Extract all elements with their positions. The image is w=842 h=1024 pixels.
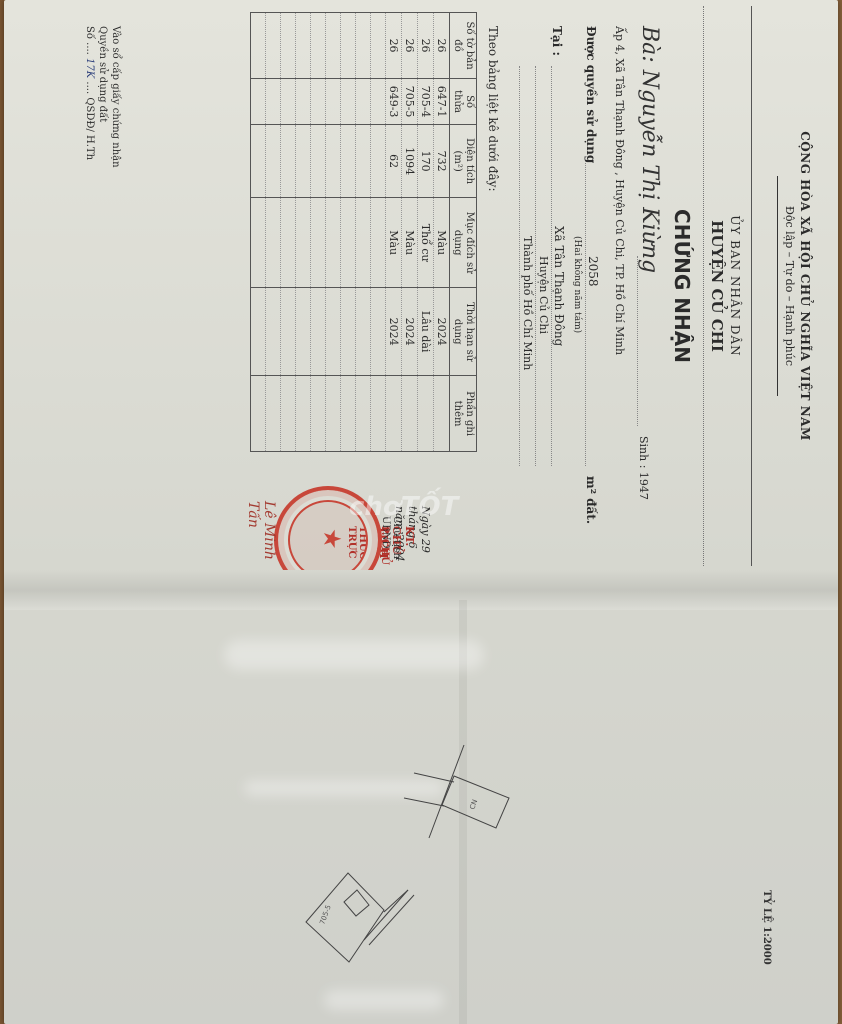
table-row-empty — [266, 13, 281, 452]
table-row-empty — [341, 13, 356, 452]
cell: 62 — [386, 125, 402, 198]
svg-text:705-5: 705-5 — [318, 904, 332, 926]
map-scale: TỶ LỆ 1:2000 — [758, 890, 778, 970]
rotated-content: CỘNG HÒA XÃ HỘI CHỦ NGHĨA VIỆT NAM Độc l… — [4, 6, 822, 566]
location-city: Thành phố Hồ Chí Minh — [521, 236, 534, 370]
plastic-glare — [224, 640, 484, 670]
cell: 649-3 — [386, 79, 402, 125]
cell: 705-5 — [402, 79, 418, 125]
registration-number: 17K — [84, 58, 95, 78]
header-divider — [751, 6, 752, 566]
cell: Màu — [434, 198, 450, 288]
col-map-sheet: Số tờ bản đồ — [450, 13, 477, 79]
table-row-empty — [371, 13, 386, 452]
usage-label: Được quyền sử dụng — [584, 26, 598, 163]
col-parcel-no: Số thửa — [450, 79, 477, 125]
parcel-sketch-map: CN 705-5 — [304, 740, 524, 980]
table-row-empty — [296, 13, 311, 452]
registration-line1: Vào sổ cấp giấy chứng nhận — [109, 26, 122, 168]
cell — [434, 376, 450, 452]
table-row-empty — [356, 13, 371, 452]
table-row: 26 649-3 62 Màu 2024 — [386, 13, 402, 452]
table-intro: Theo bảng liệt kê dưới đây: — [486, 26, 500, 191]
registration-prefix: Số — [84, 26, 95, 39]
dotted-line — [637, 256, 638, 426]
table-row: 26 705-5 1094 Màu 2024 — [402, 13, 418, 452]
col-area: Diện tích (m²) — [450, 125, 477, 198]
table-row-empty — [311, 13, 326, 452]
cell: Màu — [386, 198, 402, 288]
area-value: 2058 — [586, 256, 600, 287]
cell — [418, 376, 434, 452]
dotted-line — [585, 156, 586, 466]
land-use-certificate: CỘNG HÒA XÃ HỘI CHỦ NGHĨA VIỆT NAM Độc l… — [4, 0, 838, 1024]
dotted-line — [535, 66, 536, 466]
svg-text:CN: CN — [468, 798, 479, 810]
parcel-table: Số tờ bản đồ Số thửa Diện tích (m²) Mục … — [250, 12, 477, 452]
col-purpose: Mục đích sử dụng — [450, 198, 477, 288]
location-commune: Xã Tân Thạnh Đông — [552, 226, 566, 346]
dotted-line — [519, 66, 520, 466]
registration-suffix: QSDĐ/ H.Th — [84, 97, 95, 160]
issuer-committee: ỦY BAN NHÂN DÂN — [728, 66, 742, 506]
registration-number-line: Số .... 17K .... QSDĐ/ H.Th — [83, 26, 96, 168]
col-term: Thời hạn sử dụng — [450, 288, 477, 376]
birth-year: Sinh : 1947 — [637, 436, 650, 500]
cell: 26 — [434, 13, 450, 79]
plastic-glare — [324, 990, 444, 1010]
table-row-empty — [251, 13, 266, 452]
motto-underline — [777, 176, 778, 396]
national-motto: Độc lập – Tự do – Hạnh phúc — [783, 66, 796, 506]
area-unit: m² đất. — [584, 476, 598, 524]
dotted-divider — [703, 6, 704, 566]
cell: 26 — [386, 13, 402, 79]
map-scale-label: TỶ LỆ 1:2000 — [761, 890, 772, 965]
location-district: Huyện Củ Chi — [537, 256, 550, 334]
cell: 170 — [418, 125, 434, 198]
table-row: 26 705-4 170 Thổ cư Lâu dài — [418, 13, 434, 452]
certificate-title: CHỨNG NHẬN — [670, 66, 694, 506]
watermark: chợTỐT — [349, 492, 458, 522]
cell: 1094 — [402, 125, 418, 198]
issuer-district: HUYỆN CỦ CHI — [708, 66, 726, 506]
cell: 2024 — [402, 288, 418, 376]
cell: 26 — [418, 13, 434, 79]
certificate-front-page: CỘNG HÒA XÃ HỘI CHỦ NGHĨA VIỆT NAM Độc l… — [4, 0, 838, 570]
area-in-words: (Hai không năm tám) — [572, 236, 582, 333]
cell: Màu — [402, 198, 418, 288]
cell: 26 — [402, 13, 418, 79]
registration-note: Vào sổ cấp giấy chứng nhận Quyền sử dụng… — [83, 26, 122, 168]
cell — [386, 376, 402, 452]
cell: Thổ cư — [418, 198, 434, 288]
table-row-empty — [326, 13, 341, 452]
location-label: Tại : — [550, 26, 564, 56]
owner-name: Bà: Nguyễn Thị Kiừng — [637, 26, 662, 273]
cell: 732 — [434, 125, 450, 198]
cell — [402, 376, 418, 452]
star-emblem-icon: ★ — [318, 528, 346, 550]
registration-line2: Quyền sử dụng đất — [96, 26, 109, 168]
cell: 2024 — [386, 288, 402, 376]
table-row-empty — [281, 13, 296, 452]
owner-address: Ấp 4, Xã Tân Thạnh Đông , Huyện Củ Chi, … — [613, 26, 626, 355]
republic-heading: CỘNG HÒA XÃ HỘI CHỦ NGHĨA VIỆT NAM — [798, 66, 812, 506]
cell: 2024 — [434, 288, 450, 376]
table-row: 26 647-1 732 Màu 2024 — [434, 13, 450, 452]
cell: Lâu dài — [418, 288, 434, 376]
table-header-row: Số tờ bản đồ Số thửa Diện tích (m²) Mục … — [450, 13, 477, 452]
cell: 705-4 — [418, 79, 434, 125]
page-fold — [4, 570, 838, 610]
col-notes: Phần ghi thêm — [450, 376, 477, 452]
signer-name: Lê Minh Tấn — [245, 501, 277, 566]
cell: 647-1 — [434, 79, 450, 125]
